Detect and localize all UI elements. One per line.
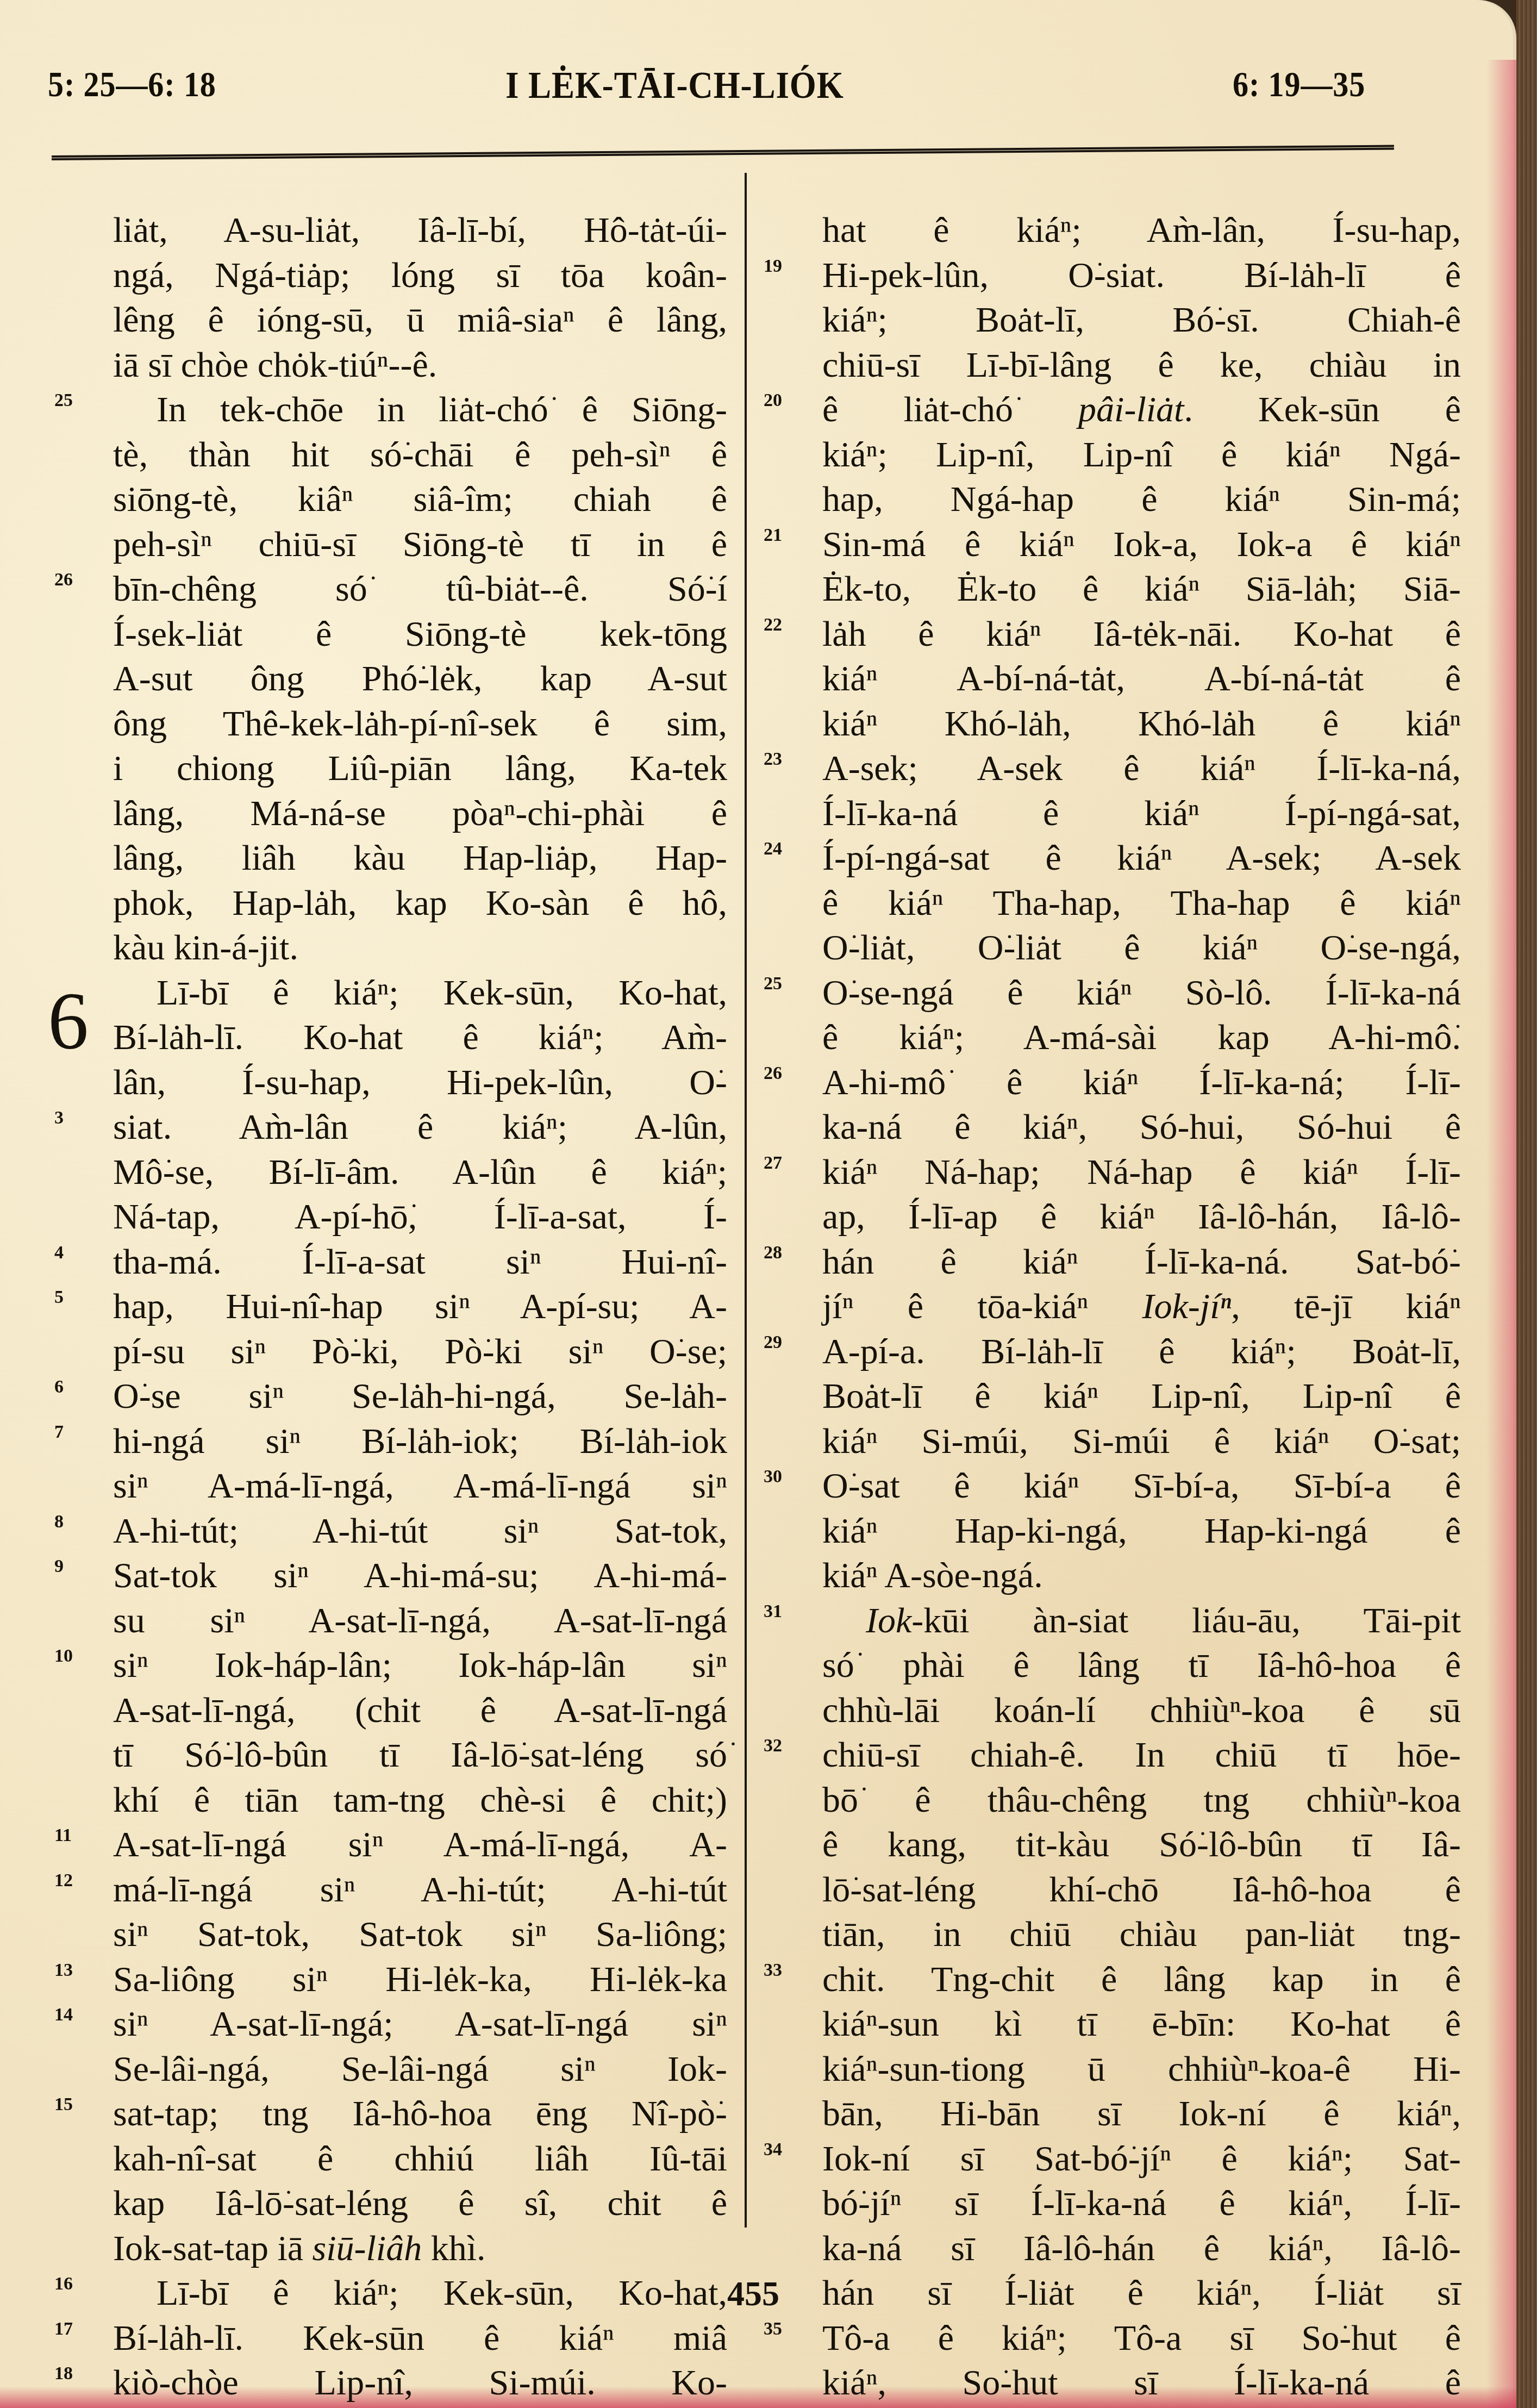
verse-text: ka-ná ê kiáⁿ, Só-hui, Só-hui ê bbox=[822, 1105, 1461, 1150]
verse-text: hán ê kiáⁿ Í-lī-ka-ná. Sat-bó͘- bbox=[822, 1240, 1461, 1285]
verse-text: jíⁿ ê tōa-kiáⁿ Iok-jíⁿ, tē-jī kiáⁿ bbox=[822, 1284, 1461, 1330]
text-line: kiáⁿ Hap-ki-ngá, Hap-ki-ngá ê bbox=[758, 1509, 1465, 1554]
verse-number: 25 bbox=[764, 973, 782, 995]
verse-text: kiáⁿ Ná-hap; Ná-hap ê kiáⁿ Í-lī- bbox=[822, 1150, 1461, 1195]
text-line: 4tha-má. Í-lī-a-sat siⁿ Hui-nî- bbox=[33, 1240, 728, 1285]
text-line: siōng-tè, kiâⁿ siâ-îm; chiah ê bbox=[33, 477, 728, 522]
verse-number: 35 bbox=[764, 2318, 782, 2340]
verse-text: hat ê kiáⁿ; Am̀-lân, Í-su-hap, bbox=[822, 208, 1461, 253]
verse-text: O͘-se siⁿ Se-lȧh-hi-ngá, Se-lȧh- bbox=[113, 1374, 727, 1419]
text-line: 3siat. Am̀-lân ê kiáⁿ; A-lûn, bbox=[33, 1105, 728, 1150]
verse-text: má-lī-ngá siⁿ A-hi-tút; A-hi-tút bbox=[113, 1868, 727, 1913]
verse-text: hap, Ngá-hap ê kiáⁿ Sin-má; bbox=[822, 477, 1461, 522]
verse-text: kàu kin-á-jit. bbox=[113, 926, 727, 971]
verse-number: 9 bbox=[54, 1556, 64, 1577]
verse-text: A-sat-lī-ngá, (chit ê A-sat-lī-ngá bbox=[113, 1688, 727, 1733]
verse-text: siⁿ Sat-tok, Sat-tok siⁿ Sa-liông; bbox=[113, 1912, 727, 1957]
text-line: kap Iâ-lō͘-sat-léng ê sî, chit ê bbox=[33, 2181, 728, 2226]
text-line: Boȧt-lī ê kiáⁿ Lip-nî, Lip-nî ê bbox=[758, 1374, 1465, 1419]
text-line: ap, Í-lī-ap ê kiáⁿ Iâ-lô-hán, Iâ-lô- bbox=[758, 1195, 1465, 1240]
verse-text: O͘-liȧt, O͘-liȧt ê kiáⁿ O͘-se-ngá, bbox=[822, 926, 1461, 971]
text-line: 34Iok-ní sī Sat-bó͘-jíⁿ ê kiáⁿ; Sat- bbox=[758, 2137, 1465, 2182]
text-line: 26A-hi-mô͘ ê kiáⁿ Í-lī-ka-ná; Í-lī- bbox=[758, 1060, 1465, 1106]
verse-number: 12 bbox=[54, 1870, 73, 1892]
text-line: 23A-sek; A-sek ê kiáⁿ Í-lī-ka-ná, bbox=[758, 746, 1465, 791]
verse-text: ê liȧt-chó͘ pâi-liȧt. Kek-sūn ê bbox=[822, 388, 1461, 433]
verse-text: kah-nî-sat ê chhiú liâh Iû-tāi bbox=[113, 2137, 727, 2182]
text-line: phok, Hap-lȧh, kap Ko-sàn ê hô, bbox=[33, 881, 728, 926]
text-line: 6O͘-se siⁿ Se-lȧh-hi-ngá, Se-lȧh- bbox=[33, 1374, 728, 1419]
verse-text: Sa-liông siⁿ Hi-lėk-ka, Hi-lėk-ka bbox=[113, 1957, 727, 2002]
verse-text: O͘-sat ê kiáⁿ Sī-bí-a, Sī-bí-a ê bbox=[822, 1464, 1461, 1509]
text-line: 20ê liȧt-chó͘ pâi-liȧt. Kek-sūn ê bbox=[758, 388, 1465, 433]
text-line: ê kang, tit-kàu Só͘-lô-bûn tī Iâ- bbox=[758, 1823, 1465, 1868]
verse-text: Lī-bī ê kiáⁿ; Kek-sūn, Ko-hat, bbox=[113, 2271, 727, 2316]
text-line: siⁿ A-má-lī-ngá, A-má-lī-ngá siⁿ bbox=[33, 1464, 728, 1509]
text-line: lâng, liâh kàu Hap-liȧp, Hap- bbox=[33, 836, 728, 881]
verse-number: 13 bbox=[54, 1960, 73, 1981]
verse-text: ka-ná sī Iâ-lô-hán ê kiáⁿ, Iâ-lô- bbox=[822, 2226, 1461, 2272]
verse-text: Bí-lȧh-lī. Kek-sūn ê kiáⁿ miâ bbox=[113, 2316, 727, 2361]
text-line: 15sat-tap; tng Iâ-hô-hoa ēng Nî-pò͘- bbox=[33, 2092, 728, 2137]
verse-text: kiáⁿ; Boȧt-lī, Bó͘-sī. Chiah-ê bbox=[822, 298, 1461, 343]
verse-number: 19 bbox=[764, 255, 782, 277]
italic-term: Iok-jíⁿ bbox=[1142, 1287, 1232, 1326]
verse-text: hi-ngá siⁿ Bí-lȧh-iok; Bí-lȧh-iok bbox=[113, 1419, 727, 1464]
verse-text: bō͘ ê thâu-chêng tng chhiùⁿ-koa bbox=[822, 1778, 1461, 1823]
text-line: 16Lī-bī ê kiáⁿ; Kek-sūn, Ko-hat, bbox=[33, 2271, 728, 2316]
text-line: kiáⁿ Khó-lȧh, Khó-lȧh ê kiáⁿ bbox=[758, 702, 1465, 747]
text-line: Ná-tap, A-pí-hō͘, Í-lī-a-sat, Í- bbox=[33, 1195, 728, 1240]
verse-number: 32 bbox=[764, 1735, 782, 1757]
verse-text: Sin-má ê kiáⁿ Iok-a, Iok-a ê kiáⁿ bbox=[822, 522, 1461, 567]
text-line: 21Sin-má ê kiáⁿ Iok-a, Iok-a ê kiáⁿ bbox=[758, 522, 1465, 567]
text-line: 9Sat-tok siⁿ A-hi-má-su; A-hi-má- bbox=[33, 1554, 728, 1599]
text-line: hat ê kiáⁿ; Am̀-lân, Í-su-hap, bbox=[758, 208, 1465, 253]
running-head-right-reference: 6: 19—35 bbox=[1233, 64, 1365, 105]
verse-number: 30 bbox=[764, 1466, 782, 1488]
text-line: O͘-liȧt, O͘-liȧt ê kiáⁿ O͘-se-ngá, bbox=[758, 926, 1465, 971]
text-line: i chiong Liû-piān lâng, Ka-tek bbox=[33, 746, 728, 791]
verse-text: ap, Í-lī-ap ê kiáⁿ Iâ-lô-hán, Iâ-lô- bbox=[822, 1195, 1461, 1240]
text-line: só͘ phài ê lâng tī Iâ-hô-hoa ê bbox=[758, 1643, 1465, 1688]
verse-text: Hi-pek-lûn, O͘-siat. Bí-lȧh-lī ê bbox=[822, 253, 1461, 298]
text-line: ông Thê-kek-lȧh-pí-nî-sek ê sim, bbox=[33, 702, 728, 747]
text-line: 17Bí-lȧh-lī. Kek-sūn ê kiáⁿ miâ bbox=[33, 2316, 728, 2361]
text-line: kiáⁿ-sun kì tī ē-bīn: Ko-hat ê bbox=[758, 2002, 1465, 2047]
verse-text: kiáⁿ; Lip-nî, Lip-nî ê kiáⁿ Ngá- bbox=[822, 433, 1461, 478]
verse-text: hap, Hui-nî-hap siⁿ A-pí-su; A- bbox=[113, 1284, 727, 1330]
verse-text: Ėk-to, Ėk-to ê kiáⁿ Siā-lȧh; Siā- bbox=[822, 567, 1461, 612]
text-line: kiáⁿ; Lip-nî, Lip-nî ê kiáⁿ Ngá- bbox=[758, 433, 1465, 478]
text-line: pí-su siⁿ Pò͘-ki, Pò͘-ki siⁿ O͘-se; bbox=[33, 1330, 728, 1375]
verse-text: Ná-tap, A-pí-hō͘, Í-lī-a-sat, Í- bbox=[113, 1195, 727, 1240]
verse-number: 33 bbox=[764, 1960, 782, 1981]
text-line: 19Hi-pek-lûn, O͘-siat. Bí-lȧh-lī ê bbox=[758, 253, 1465, 298]
text-line: Í-lī-ka-ná ê kiáⁿ Í-pí-ngá-sat, bbox=[758, 791, 1465, 837]
verse-text: iā sī chòe chȯk-tiúⁿ--ê. bbox=[113, 343, 727, 388]
text-line: Ėk-to, Ėk-to ê kiáⁿ Siā-lȧh; Siā- bbox=[758, 567, 1465, 612]
running-head-book-title: I LĖK-TĀI-CH-LIÓK bbox=[505, 64, 844, 108]
verse-text: chiū-sī chiah-ê. In chiū tī hōe- bbox=[822, 1733, 1461, 1778]
verse-text: siōng-tè, kiâⁿ siâ-îm; chiah ê bbox=[113, 477, 727, 522]
verse-number: 11 bbox=[54, 1825, 72, 1846]
verse-text: Mô͘-se, Bí-lī-âm. A-lûn ê kiáⁿ; bbox=[113, 1150, 727, 1195]
verse-text: Tô-a ê kiáⁿ; Tô-a sī So͘-hut ê bbox=[822, 2316, 1461, 2361]
verse-number: 26 bbox=[54, 569, 73, 591]
text-line: Bí-lȧh-lī. Ko-hat ê kiáⁿ; Am̀- bbox=[33, 1015, 728, 1060]
text-line: 10siⁿ Iok-háp-lân; Iok-háp-lân siⁿ bbox=[33, 1643, 728, 1688]
verse-text: chhù-lāi koán-lí chhiùⁿ-koa ê sū bbox=[822, 1688, 1461, 1733]
verse-text: su siⁿ A-sat-lī-ngá, A-sat-lī-ngá bbox=[113, 1599, 727, 1644]
verse-text: lȧh ê kiáⁿ Iâ-tėk-nāi. Ko-hat ê bbox=[822, 612, 1461, 657]
column-divider bbox=[745, 173, 747, 2228]
verse-text: peh-sìⁿ chiū-sī Siōng-tè tī in ê bbox=[113, 522, 727, 567]
italic-term: Iok bbox=[866, 1601, 911, 1640]
verse-text: kiáⁿ Si-múi, Si-múi ê kiáⁿ O͘-sat; bbox=[822, 1419, 1461, 1464]
verse-text: kap Iâ-lō͘-sat-léng ê sî, chit ê bbox=[113, 2181, 727, 2226]
verse-number: 8 bbox=[54, 1511, 64, 1533]
verse-number: 21 bbox=[764, 525, 782, 546]
text-line: 28hán ê kiáⁿ Í-lī-ka-ná. Sat-bó͘- bbox=[758, 1240, 1465, 1285]
text-line: jíⁿ ê tōa-kiáⁿ Iok-jíⁿ, tē-jī kiáⁿ bbox=[758, 1284, 1465, 1330]
text-line: 31Iok-kūi àn-siat liáu-āu, Tāi-pit bbox=[758, 1599, 1465, 1644]
verse-text: kiáⁿ Hap-ki-ngá, Hap-ki-ngá ê bbox=[822, 1509, 1461, 1554]
text-line: tiān, in chiū chiàu pan-liȧt tng- bbox=[758, 1912, 1465, 1957]
verse-number: 5 bbox=[54, 1287, 64, 1308]
verse-text: i chiong Liû-piān lâng, Ka-tek bbox=[113, 746, 727, 791]
verse-number: 23 bbox=[764, 748, 782, 770]
text-line: su siⁿ A-sat-lī-ngá, A-sat-lī-ngá bbox=[33, 1599, 728, 1644]
running-head: 5: 25—6: 18 I LĖK-TĀI-CH-LIÓK 6: 19—35 bbox=[0, 64, 1516, 118]
verse-text: Boȧt-lī ê kiáⁿ Lip-nî, Lip-nî ê bbox=[822, 1374, 1461, 1419]
text-line: 12má-lī-ngá siⁿ A-hi-tút; A-hi-tút bbox=[33, 1868, 728, 1913]
verse-text: kiáⁿ-sun kì tī ē-bīn: Ko-hat ê bbox=[822, 2002, 1461, 2047]
verse-text: chiū-sī Lī-bī-lâng ê ke, chiàu in bbox=[822, 343, 1461, 388]
verse-text: A-sek; A-sek ê kiáⁿ Í-lī-ka-ná, bbox=[822, 746, 1461, 791]
text-line: 13Sa-liông siⁿ Hi-lėk-ka, Hi-lėk-ka bbox=[33, 1957, 728, 2002]
verse-text: siⁿ A-má-lī-ngá, A-má-lī-ngá siⁿ bbox=[113, 1464, 727, 1509]
verse-number: 29 bbox=[764, 1332, 782, 1353]
verse-text: O͘-se-ngá ê kiáⁿ Sò-lô. Í-lī-ka-ná bbox=[822, 971, 1461, 1016]
verse-text: khí ê tiān tam-tng chè-si ê chit;) bbox=[113, 1778, 727, 1823]
text-line: Se-lâi-ngá, Se-lâi-ngá siⁿ Iok- bbox=[33, 2047, 728, 2092]
text-line: Iok-sat-tap iā siū-liâh khì. bbox=[33, 2226, 728, 2272]
text-line: 27kiáⁿ Ná-hap; Ná-hap ê kiáⁿ Í-lī- bbox=[758, 1150, 1465, 1195]
text-line: ngá, Ngá-tiȧp; lóng sī tōa koân- bbox=[33, 253, 728, 298]
verse-text: Iok-sat-tap iā siū-liâh khì. bbox=[113, 2226, 727, 2272]
text-line: 8A-hi-tút; A-hi-tút siⁿ Sat-tok, bbox=[33, 1509, 728, 1554]
verse-text: A-hi-mô͘ ê kiáⁿ Í-lī-ka-ná; Í-lī- bbox=[822, 1060, 1461, 1106]
verse-number: 20 bbox=[764, 390, 782, 411]
verse-number: 17 bbox=[54, 2318, 73, 2340]
verse-text: lō͘-sat-léng khí-chō Iâ-hô-hoa ê bbox=[822, 1868, 1461, 1913]
text-line: lêng ê ióng-sū, ū miâ-siaⁿ ê lâng, bbox=[33, 298, 728, 343]
page-number: 455 bbox=[727, 2274, 779, 2314]
verse-text: tiān, in chiū chiàu pan-liȧt tng- bbox=[822, 1912, 1461, 1957]
verse-text: A-sat-lī-ngá siⁿ A-má-lī-ngá, A- bbox=[113, 1823, 727, 1868]
verse-text: A-pí-a. Bí-lȧh-lī ê kiáⁿ; Boȧt-lī, bbox=[822, 1330, 1461, 1375]
verse-text: ê kang, tit-kàu Só͘-lô-bûn tī Iâ- bbox=[822, 1823, 1461, 1868]
text-line: 18kiò-chòe Lip-nî, Si-múi. Ko- bbox=[33, 2361, 728, 2406]
verse-text: kiò-chòe Lip-nî, Si-múi. Ko- bbox=[113, 2361, 727, 2406]
text-line: ê kiáⁿ; A-má-sài kap A-hi-mô͘. bbox=[758, 1015, 1465, 1060]
verse-text: siat. Am̀-lân ê kiáⁿ; A-lûn, bbox=[113, 1105, 727, 1150]
verse-text: kiáⁿ A-sòe-ngá. bbox=[822, 1554, 1461, 1599]
verse-text: Í-lī-ka-ná ê kiáⁿ Í-pí-ngá-sat, bbox=[822, 791, 1461, 837]
verse-text: phok, Hap-lȧh, kap Ko-sàn ê hô, bbox=[113, 881, 727, 926]
text-line: kiáⁿ; Boȧt-lī, Bó͘-sī. Chiah-ê bbox=[758, 298, 1465, 343]
verse-text: kiáⁿ Khó-lȧh, Khó-lȧh ê kiáⁿ bbox=[822, 702, 1461, 747]
text-line: kiáⁿ Si-múi, Si-múi ê kiáⁿ O͘-sat; bbox=[758, 1419, 1465, 1464]
verse-text: hán sī Í-liȧt ê kiáⁿ, Í-liȧt sī bbox=[822, 2271, 1461, 2316]
text-line: peh-sìⁿ chiū-sī Siōng-tè tī in ê bbox=[33, 522, 728, 567]
text-line: chhù-lāi koán-lí chhiùⁿ-koa ê sū bbox=[758, 1688, 1465, 1733]
verse-text: Bí-lȧh-lī. Ko-hat ê kiáⁿ; Am̀- bbox=[113, 1015, 727, 1060]
text-line: ka-ná sī Iâ-lô-hán ê kiáⁿ, Iâ-lô- bbox=[758, 2226, 1465, 2272]
verse-text: siⁿ Iok-háp-lân; Iok-háp-lân siⁿ bbox=[113, 1643, 727, 1688]
text-line: khí ê tiān tam-tng chè-si ê chit;) bbox=[33, 1778, 728, 1823]
right-text-column: hat ê kiáⁿ; Am̀-lân, Í-su-hap,19Hi-pek-l… bbox=[758, 208, 1465, 2406]
verse-text: liȧt, A-su-liȧt, Iâ-lī-bí, Hô-tȧt-úi- bbox=[113, 208, 727, 253]
text-line: 5hap, Hui-nî-hap siⁿ A-pí-su; A- bbox=[33, 1284, 728, 1330]
text-line: 6Lī-bī ê kiáⁿ; Kek-sūn, Ko-hat, bbox=[33, 971, 728, 1016]
verse-number: 25 bbox=[54, 390, 73, 411]
verse-number: 27 bbox=[764, 1152, 782, 1174]
verse-number: 3 bbox=[54, 1107, 64, 1129]
text-line: 11A-sat-lī-ngá siⁿ A-má-lī-ngá, A- bbox=[33, 1823, 728, 1868]
verse-text: kiáⁿ, So͘-hut sī Í-lī-ka-ná ê bbox=[822, 2361, 1461, 2406]
verse-text: A-hi-tút; A-hi-tút siⁿ Sat-tok, bbox=[113, 1509, 727, 1554]
text-line: A-sat-lī-ngá, (chit ê A-sat-lī-ngá bbox=[33, 1688, 728, 1733]
verse-number: 26 bbox=[764, 1063, 782, 1084]
verse-text: lêng ê ióng-sū, ū miâ-siaⁿ ê lâng, bbox=[113, 298, 727, 343]
verse-text: In tek-chōe in liȧt-chó͘ ê Siōng- bbox=[113, 388, 727, 433]
text-line: hán sī Í-liȧt ê kiáⁿ, Í-liȧt sī bbox=[758, 2271, 1465, 2316]
verse-text: sat-tap; tng Iâ-hô-hoa ēng Nî-pò͘- bbox=[113, 2092, 727, 2137]
text-line: kah-nî-sat ê chhiú liâh Iû-tāi bbox=[33, 2137, 728, 2182]
text-line: kiáⁿ-sun-tiong ū chhiùⁿ-koa-ê Hi- bbox=[758, 2047, 1465, 2092]
verse-number: 34 bbox=[764, 2139, 782, 2161]
text-line: kàu kin-á-jit. bbox=[33, 926, 728, 971]
verse-number: 14 bbox=[54, 2004, 73, 2026]
red-page-edge-right bbox=[1486, 60, 1516, 2408]
text-line: 7hi-ngá siⁿ Bí-lȧh-iok; Bí-lȧh-iok bbox=[33, 1419, 728, 1464]
verse-text: tè, thàn hit só͘-chāi ê peh-sìⁿ ê bbox=[113, 433, 727, 478]
text-line: Mô͘-se, Bí-lī-âm. A-lûn ê kiáⁿ; bbox=[33, 1150, 728, 1195]
verse-number: 31 bbox=[764, 1601, 782, 1623]
verse-text: lân, Í-su-hap, Hi-pek-lûn, O͘- bbox=[113, 1060, 727, 1106]
verse-text: ê kiáⁿ Tha-hap, Tha-hap ê kiáⁿ bbox=[822, 881, 1461, 926]
text-line: kiáⁿ A-sòe-ngá. bbox=[758, 1554, 1465, 1599]
text-line: 32chiū-sī chiah-ê. In chiū tī hōe- bbox=[758, 1733, 1465, 1778]
verse-text: Sat-tok siⁿ A-hi-má-su; A-hi-má- bbox=[113, 1554, 727, 1599]
text-line: 25In tek-chōe in liȧt-chó͘ ê Siōng- bbox=[33, 388, 728, 433]
double-rule-divider bbox=[52, 145, 1394, 160]
verse-number: 24 bbox=[764, 838, 782, 860]
verse-text: lâng, liâh kàu Hap-liȧp, Hap- bbox=[113, 836, 727, 881]
verse-text: Iok-kūi àn-siat liáu-āu, Tāi-pit bbox=[822, 1599, 1461, 1644]
text-line: tī Só͘-lô-bûn tī Iâ-lō͘-sat-léng só͘ bbox=[33, 1733, 728, 1778]
text-line: 29A-pí-a. Bí-lȧh-lī ê kiáⁿ; Boȧt-lī, bbox=[758, 1330, 1465, 1375]
text-line: Í-sek-liȧt ê Siōng-tè kek-tōng bbox=[33, 612, 728, 657]
verse-text: A-sut ông Phó͘-lėk, kap A-sut bbox=[113, 657, 727, 702]
book-page: 5: 25—6: 18 I LĖK-TĀI-CH-LIÓK 6: 19—35 l… bbox=[0, 0, 1516, 2408]
text-line: liȧt, A-su-liȧt, Iâ-lī-bí, Hô-tȧt-úi- bbox=[33, 208, 728, 253]
verse-text: kiáⁿ-sun-tiong ū chhiùⁿ-koa-ê Hi- bbox=[822, 2047, 1461, 2092]
verse-text: bān, Hi-bān sī Iok-ní ê kiáⁿ, bbox=[822, 2092, 1461, 2137]
verse-text: bīn-chêng só͘ tû-biȧt--ê. Só͘-í bbox=[113, 567, 727, 612]
text-line: hap, Ngá-hap ê kiáⁿ Sin-má; bbox=[758, 477, 1465, 522]
italic-term: pâi-liȧt bbox=[1078, 390, 1184, 429]
text-line: 33chit. Tng-chit ê lâng kap in ê bbox=[758, 1957, 1465, 2002]
text-line: 30O͘-sat ê kiáⁿ Sī-bí-a, Sī-bí-a ê bbox=[758, 1464, 1465, 1509]
verse-number: 16 bbox=[54, 2273, 73, 2295]
verse-text: ê kiáⁿ; A-má-sài kap A-hi-mô͘. bbox=[822, 1015, 1461, 1060]
verse-number: 7 bbox=[54, 1421, 64, 1443]
verse-text: ông Thê-kek-lȧh-pí-nî-sek ê sim, bbox=[113, 702, 727, 747]
text-line: 24Í-pí-ngá-sat ê kiáⁿ A-sek; A-sek bbox=[758, 836, 1465, 881]
text-line: bō͘ ê thâu-chêng tng chhiùⁿ-koa bbox=[758, 1778, 1465, 1823]
text-line: tè, thàn hit só͘-chāi ê peh-sìⁿ ê bbox=[33, 433, 728, 478]
text-line: siⁿ Sat-tok, Sat-tok siⁿ Sa-liông; bbox=[33, 1912, 728, 1957]
running-head-left-reference: 5: 25—6: 18 bbox=[48, 64, 216, 105]
verse-text: só͘ phài ê lâng tī Iâ-hô-hoa ê bbox=[822, 1643, 1461, 1688]
italic-term: siū-liâh bbox=[313, 2229, 422, 2268]
verse-number: 22 bbox=[764, 614, 782, 636]
verse-text: ngá, Ngá-tiȧp; lóng sī tōa koân- bbox=[113, 253, 727, 298]
text-line: 26bīn-chêng só͘ tû-biȧt--ê. Só͘-í bbox=[33, 567, 728, 612]
text-line: lân, Í-su-hap, Hi-pek-lûn, O͘- bbox=[33, 1060, 728, 1106]
verse-text: siⁿ A-sat-lī-ngá; A-sat-lī-ngá siⁿ bbox=[113, 2002, 727, 2047]
verse-number: 18 bbox=[54, 2363, 73, 2385]
verse-text: Í-sek-liȧt ê Siōng-tè kek-tōng bbox=[113, 612, 727, 657]
verse-text: tha-má. Í-lī-a-sat siⁿ Hui-nî- bbox=[113, 1240, 727, 1285]
text-line: bān, Hi-bān sī Iok-ní ê kiáⁿ, bbox=[758, 2092, 1465, 2137]
verse-number: 10 bbox=[54, 1645, 73, 1667]
verse-number: 28 bbox=[764, 1242, 782, 1264]
verse-number: 6 bbox=[54, 1376, 64, 1398]
text-line: ka-ná ê kiáⁿ, Só-hui, Só-hui ê bbox=[758, 1105, 1465, 1150]
verse-number: 4 bbox=[54, 1242, 64, 1264]
text-line: chiū-sī Lī-bī-lâng ê ke, chiàu in bbox=[758, 343, 1465, 388]
verse-text: tī Só͘-lô-bûn tī Iâ-lō͘-sat-léng só͘ bbox=[113, 1733, 727, 1778]
text-line: kiáⁿ A-bí-ná-tȧt, A-bí-ná-tȧt ê bbox=[758, 657, 1465, 702]
text-line: iā sī chòe chȯk-tiúⁿ--ê. bbox=[33, 343, 728, 388]
text-line: lâng, Má-ná-se pòaⁿ-chi-phài ê bbox=[33, 791, 728, 837]
book-fore-edge bbox=[1516, 0, 1537, 2408]
text-line: 25O͘-se-ngá ê kiáⁿ Sò-lô. Í-lī-ka-ná bbox=[758, 971, 1465, 1016]
verse-text: pí-su siⁿ Pò͘-ki, Pò͘-ki siⁿ O͘-se; bbox=[113, 1330, 727, 1375]
verse-text: Se-lâi-ngá, Se-lâi-ngá siⁿ Iok- bbox=[113, 2047, 727, 2092]
text-line: lō͘-sat-léng khí-chō Iâ-hô-hoa ê bbox=[758, 1868, 1465, 1913]
text-line: 35Tô-a ê kiáⁿ; Tô-a sī So͘-hut ê bbox=[758, 2316, 1465, 2361]
text-line: 22lȧh ê kiáⁿ Iâ-tėk-nāi. Ko-hat ê bbox=[758, 612, 1465, 657]
verse-text: kiáⁿ A-bí-ná-tȧt, A-bí-ná-tȧt ê bbox=[822, 657, 1461, 702]
verse-text: Iok-ní sī Sat-bó͘-jíⁿ ê kiáⁿ; Sat- bbox=[822, 2137, 1461, 2182]
verse-text: chit. Tng-chit ê lâng kap in ê bbox=[822, 1957, 1461, 2002]
verse-text: lâng, Má-ná-se pòaⁿ-chi-phài ê bbox=[113, 791, 727, 837]
left-text-column: liȧt, A-su-liȧt, Iâ-lī-bí, Hô-tȧt-úi-ngá… bbox=[33, 208, 728, 2406]
text-line: kiáⁿ, So͘-hut sī Í-lī-ka-ná ê bbox=[758, 2361, 1465, 2406]
verse-number: 15 bbox=[54, 2094, 73, 2116]
text-line: 14siⁿ A-sat-lī-ngá; A-sat-lī-ngá siⁿ bbox=[33, 2002, 728, 2047]
text-line: ê kiáⁿ Tha-hap, Tha-hap ê kiáⁿ bbox=[758, 881, 1465, 926]
verse-text: bó͘-jíⁿ sī Í-lī-ka-ná ê kiáⁿ, Í-lī- bbox=[822, 2181, 1461, 2226]
text-line: A-sut ông Phó͘-lėk, kap A-sut bbox=[33, 657, 728, 702]
text-line: bó͘-jíⁿ sī Í-lī-ka-ná ê kiáⁿ, Í-lī- bbox=[758, 2181, 1465, 2226]
verse-text: Í-pí-ngá-sat ê kiáⁿ A-sek; A-sek bbox=[822, 836, 1461, 881]
verse-text: Lī-bī ê kiáⁿ; Kek-sūn, Ko-hat, bbox=[113, 971, 727, 1016]
